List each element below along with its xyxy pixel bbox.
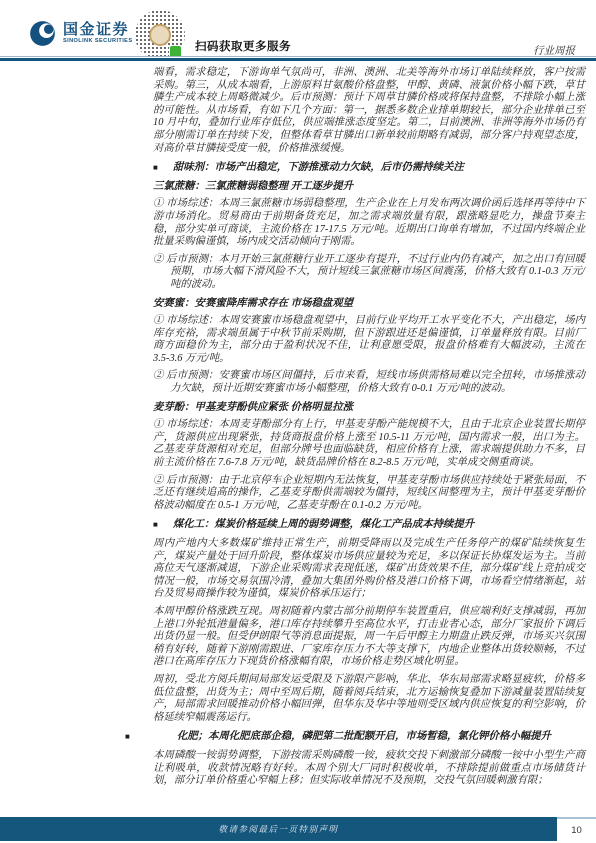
paragraph-map-fertilizer: 本周磷酸一铵弱势调整，下游按需采购磷酸一铵，疲软交投下刺激部分磷酸一铵中小型生产… [153, 750, 585, 788]
report-page: 国金证券 SINOLINK SECURITIES 扫码获取更多服务 行业周报 端… [0, 0, 596, 843]
bullet-sweetener-heading: ■ 甜味剂：市场产出稳定，下游推涨动力欠缺，后市仍需持续关注 [153, 162, 585, 175]
section-head-sucralose: 三氯蔗糖：三氯蔗糖弱稳整理 开工逐步提升 [153, 181, 585, 194]
bullet-fertilizer-text: 化肥；本周化肥底部企稳，磷肥第二批配额开启，市场暂稳，氯化钾价格小幅提升 [177, 731, 551, 744]
page-number: 10 [571, 825, 582, 836]
section-head-maltol: 麦芽酚：甲基麦芽酚供应紧张 价格明显拉涨 [153, 402, 585, 415]
sinolink-logo-icon [29, 20, 56, 47]
report-body: 端看，需求稳定，下游询单气氛尚可，非洲、澳洲、北美等海外市场订单陆续释放，客户按… [153, 67, 585, 793]
footer-disclaimer-bar: 敬请参阅最后一页特别声明 [0, 817, 557, 841]
bullet-coal-heading: ■ 煤化工：煤炭价格延续上周的弱势调整，煤化工产品成本持续提升 [153, 519, 585, 532]
qr-scan-label: 扫码获取更多服务 [195, 38, 291, 54]
brand-name-en: SINOLINK SECURITIES [63, 39, 132, 45]
paragraph-methanol: 本周甲醇价格涨跌互现。周初随着内蒙古部分前期停车装置重启，供应端利好支撑减弱，再… [153, 606, 585, 669]
paragraph-sucralose-forecast: ② 后市预测：本月开始三氯蔗糖行业开工逐步有提升，不过行业内仍有减产，加之出口有… [153, 254, 585, 292]
footer-disclaimer-text: 敬请参阅最后一页特别声明 [218, 823, 338, 835]
bullet-coal-text: 煤化工：煤炭价格延续上周的弱势调整，煤化工产品成本持续提升 [173, 519, 474, 532]
bullet-square-icon: ■ [153, 519, 158, 532]
header-rule [0, 56, 596, 61]
paragraph-coal: 周内产地内大多数煤矿维持正常生产，前期受降雨以及完成生产任务停产的煤矿陆续恢复生… [153, 538, 585, 601]
section-head-acesulfame: 安赛蜜：安赛蜜降库需求存在 市场稳盘观望 [153, 298, 585, 311]
paragraph-acesulfame-forecast: ② 后市预测：安赛蜜市场区间僵持，后市来看，短线市场供需格局难以完全扭转，市场推… [153, 370, 585, 395]
page-footer: 敬请参阅最后一页特别声明 10 [0, 817, 596, 841]
qr-code-icon [135, 10, 185, 60]
bullet-fertilizer-heading: ■ 化肥；本周化肥底部企稳，磷肥第二批配额开启，市场暂稳，氯化钾价格小幅提升 [125, 731, 585, 744]
brand-name-cn: 国金证券 [63, 22, 132, 37]
paragraph-glyphosate-continued: 端看，需求稳定，下游询单气氛尚可，非洲、澳洲、北美等海外市场订单陆续释放，客户按… [153, 67, 585, 155]
brand-text: 国金证券 SINOLINK SECURITIES [63, 22, 132, 45]
page-number-box: 10 [557, 817, 596, 841]
paragraph-sucralose-review: ① 市场综述：本周三氯蔗糖市场弱稳整理，生产企业在上月发布两次调价函后选择再等待… [153, 198, 585, 248]
paragraph-maltol-review: ① 市场综述：本周麦芽酚部分有上行，甲基麦芽酚产能规模不大，且由于北京企业装置长… [153, 419, 585, 469]
bullet-square-icon: ■ [153, 162, 158, 175]
qr-center-seal-icon [149, 24, 171, 46]
bullet-square-icon: ■ [125, 731, 130, 744]
paragraph-maltol-forecast: ② 后市预测：由于北京停车企业短期内无法恢复，甲基麦芽酚市场供应持续处于紧张局面… [153, 475, 585, 513]
bullet-sweetener-text: 甜味剂：市场产出稳定，下游推涨动力欠缺，后市仍需持续关注 [173, 162, 464, 175]
paragraph-acesulfame-review: ① 市场综述：本周安赛蜜市场稳盘观望中，目前行业平均开工水平变化不大，产出稳定，… [153, 315, 585, 365]
brand-logo: 国金证券 SINOLINK SECURITIES [29, 20, 132, 47]
paragraph-methanol-region: 周初，受北方阅兵期间局部发运受限及下游限产影响，华北、华东局部需求略显疲软，价格… [153, 674, 585, 724]
